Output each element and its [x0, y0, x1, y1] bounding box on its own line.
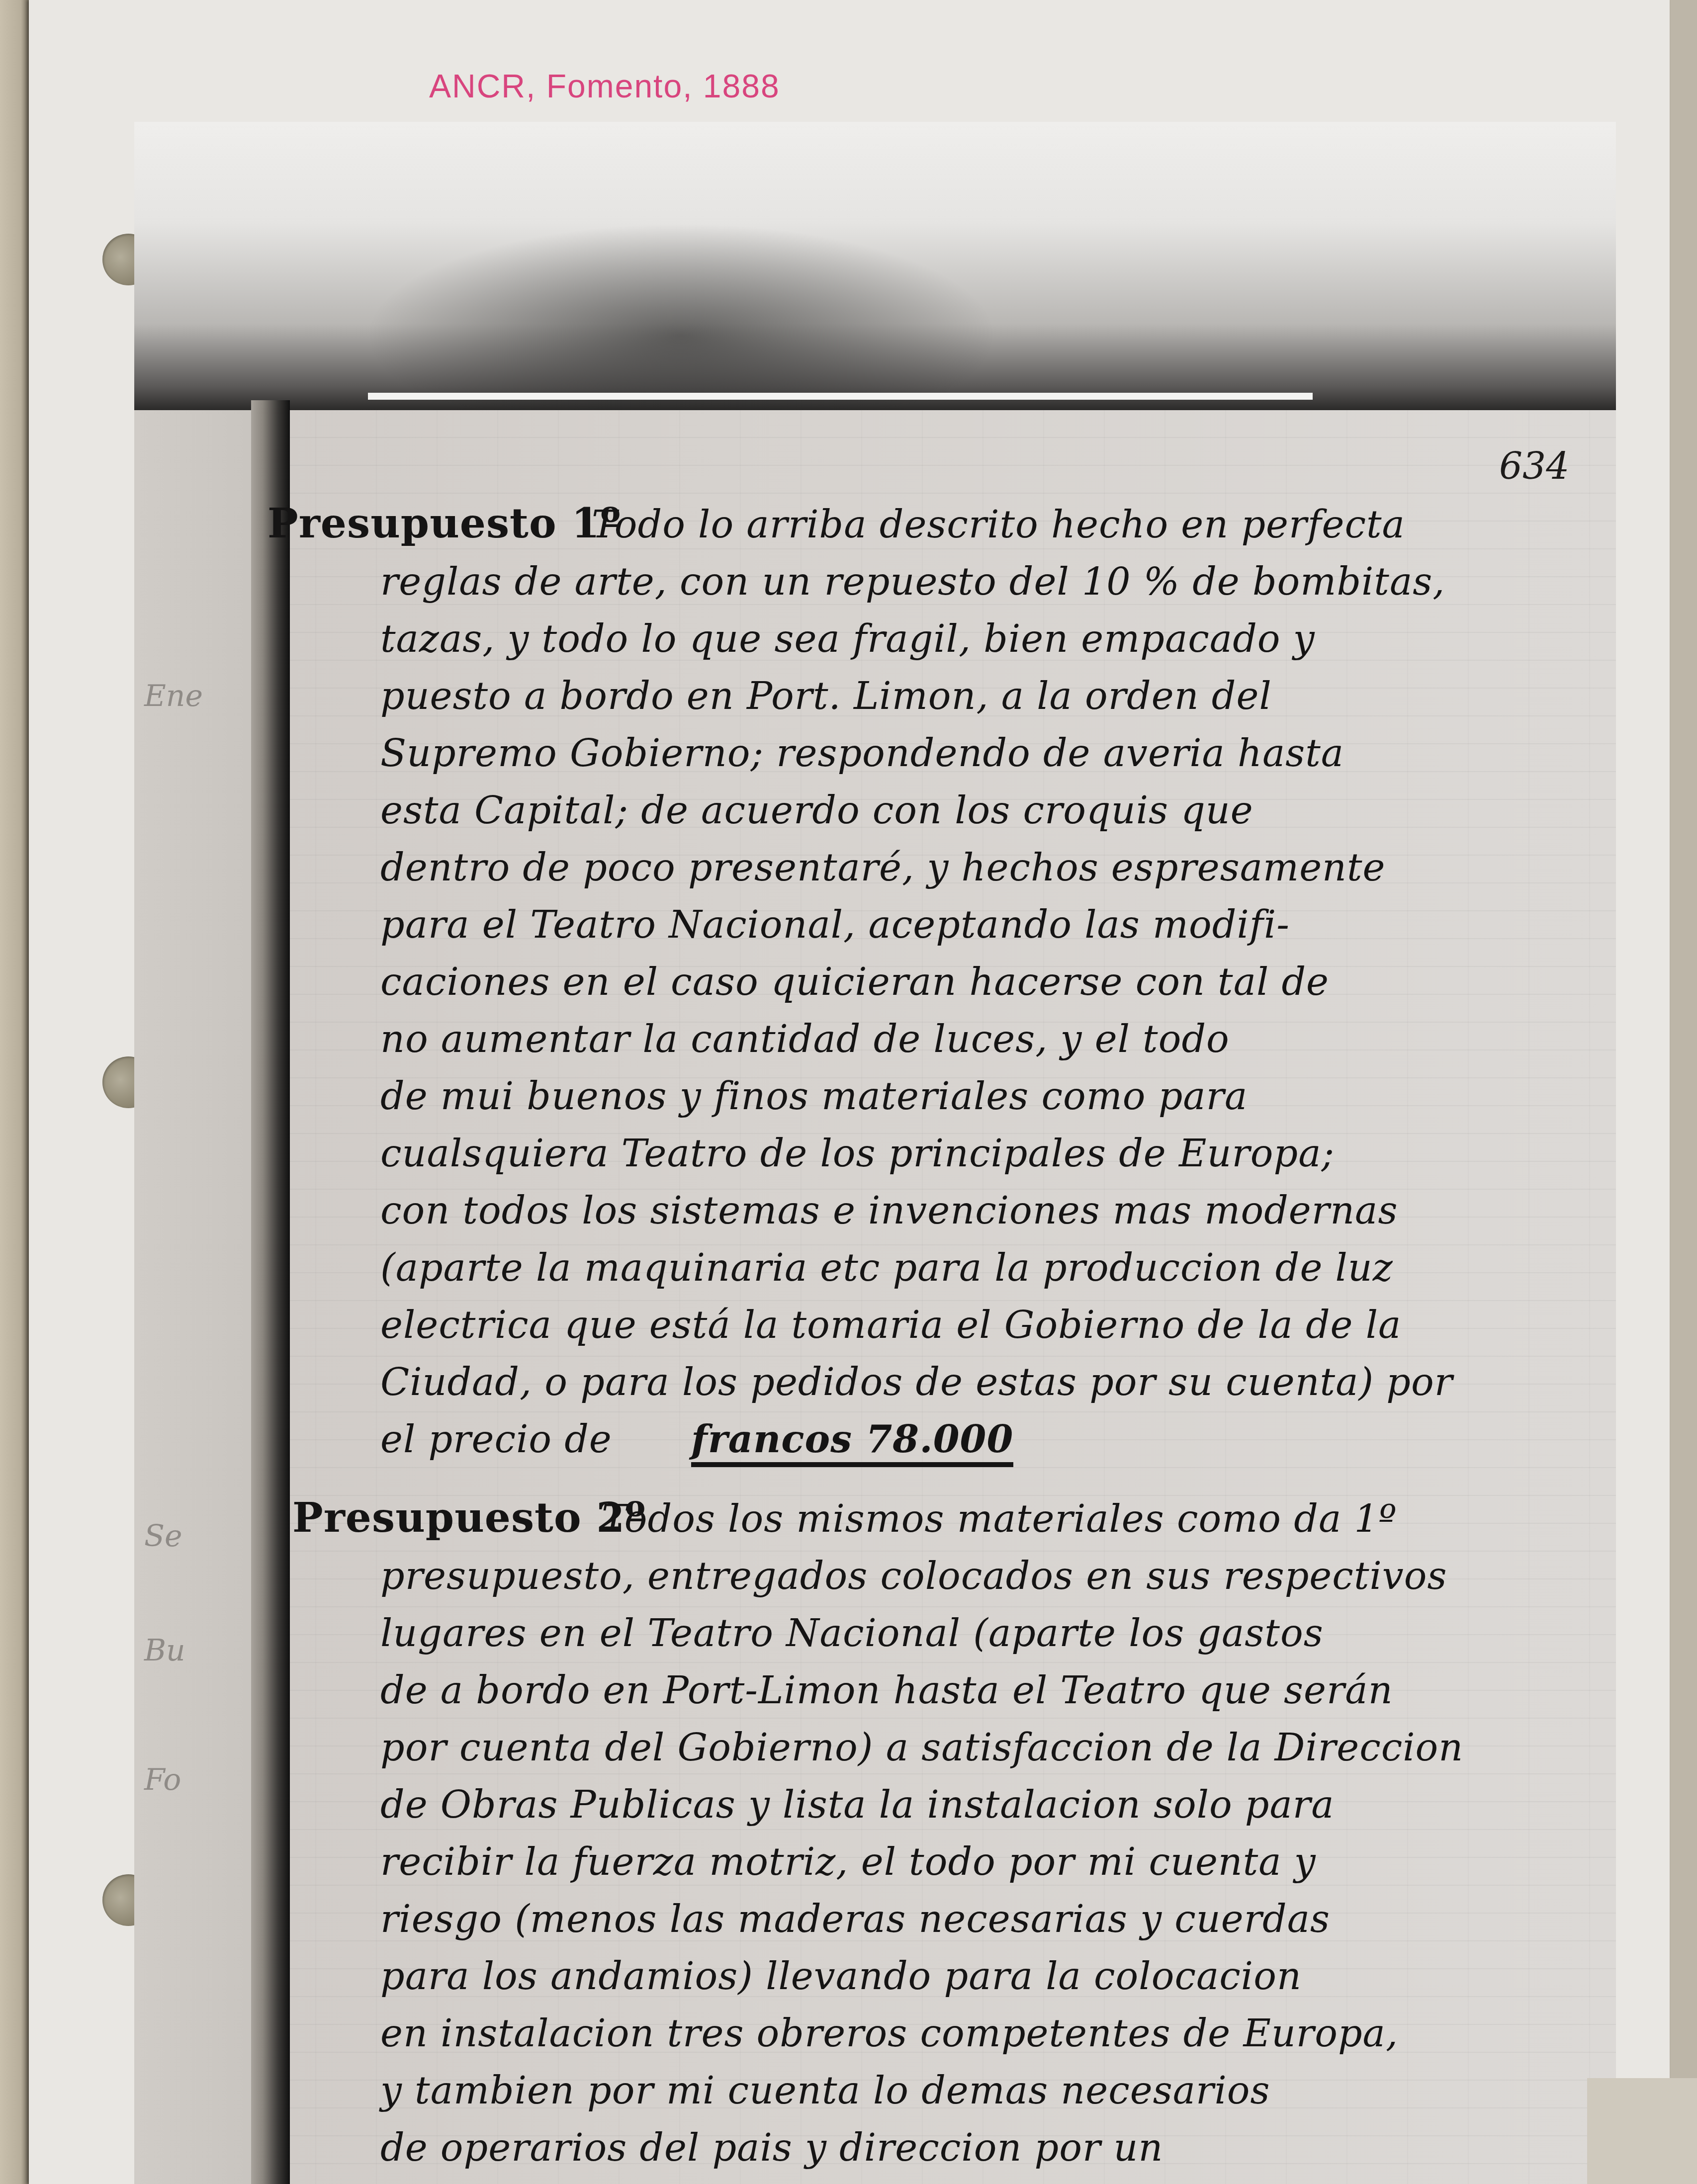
- section-heading: Presupuesto 2º: [292, 1494, 646, 1542]
- manuscript-line: de operarios del pais y direccion por un: [380, 2125, 1163, 2170]
- manuscript-line: por cuenta del Gobierno) a satisfaccion …: [380, 1725, 1463, 1769]
- background-surface-corner: [1587, 2078, 1697, 2184]
- manuscript-line: no aumentar la cantidad de luces, y el t…: [380, 1017, 1230, 1061]
- manuscript-line: tazas, y todo lo que sea fragil, bien em…: [380, 616, 1315, 661]
- manuscript-line: en instalacion tres obreros competentes …: [380, 2011, 1398, 2055]
- manuscript-line: cualsquiera Teatro de los principales de…: [380, 1131, 1335, 1175]
- facing-page-fragment: [134, 410, 264, 2184]
- manuscript-line: (aparte la maquinaria etc para la produc…: [380, 1245, 1393, 1290]
- manuscript-line: electrica que está la tomaria el Gobiern…: [380, 1303, 1401, 1347]
- margin-fragment: Bu: [144, 1633, 185, 1668]
- manuscript-line: para los andamios) llevando para la colo…: [380, 1954, 1302, 1998]
- manuscript-line: de mui buenos y finos materiales como pa…: [380, 1074, 1248, 1118]
- manuscript-line: de Obras Publicas y lista la instalacion…: [380, 1782, 1334, 1827]
- manuscript-photocopy: Ene Se Bu Fo 634 Presupuesto 1º Todo lo …: [134, 122, 1616, 2184]
- manuscript-line: puesto a bordo en Port. Limon, a la orde…: [380, 674, 1272, 718]
- background-surface: [0, 0, 30, 2184]
- manuscript-line: de a bordo en Port-Limon hasta el Teatro…: [380, 1668, 1393, 1712]
- price-amount: francos 78.000: [691, 1417, 1013, 1467]
- manuscript-line: Ciudad, o para los pedidos de estas por …: [380, 1360, 1453, 1404]
- photocopy-sheet: ANCR, Fomento, 1888 Ene Se Bu Fo 634 Pre…: [29, 0, 1670, 2184]
- manuscript-line: y tambien por mi cuenta lo demas necesar…: [380, 2068, 1270, 2112]
- page-edge: [368, 393, 1313, 400]
- manuscript-line: dentro de poco presentaré, y hechos espr…: [380, 845, 1386, 889]
- manuscript-line: Todos los mismos materiales como da 1º: [602, 1496, 1397, 1541]
- folio-number: 634: [1499, 445, 1569, 488]
- manuscript-line: para el Teatro Nacional, aceptando las m…: [380, 902, 1290, 947]
- manuscript-line: riesgo (menos las maderas necesarias y c…: [380, 1897, 1330, 1941]
- manuscript-line: con todos los sistemas e invenciones mas…: [380, 1188, 1398, 1232]
- manuscript-line: Todo lo arriba descrito hecho en perfect…: [592, 502, 1405, 546]
- manuscript-line: el precio de: [380, 1417, 612, 1461]
- manuscript-line: recibir la fuerza motriz, el todo por mi…: [380, 1839, 1316, 1884]
- scan-shadow: [134, 122, 1616, 410]
- section-heading: Presupuesto 1º: [268, 500, 621, 547]
- manuscript-line: caciones en el caso quicieran hacerse co…: [380, 960, 1329, 1004]
- archive-reference-note: ANCR, Fomento, 1888: [429, 67, 780, 105]
- manuscript-line: presupuesto, entregados colocados en sus…: [380, 1554, 1447, 1598]
- manuscript-line: Supremo Gobierno; respondendo de averia …: [380, 731, 1344, 775]
- manuscript-line: lugares en el Teatro Nacional (aparte lo…: [380, 1611, 1324, 1655]
- margin-fragment: Se: [144, 1519, 182, 1554]
- manuscript-line: reglas de arte, con un repuesto del 10 %…: [380, 559, 1445, 604]
- margin-fragment: Ene: [144, 679, 203, 713]
- manuscript-line: esta Capital; de acuerdo con los croquis…: [380, 788, 1253, 832]
- book-binding-gutter: [251, 400, 290, 2184]
- margin-fragment: Fo: [144, 1762, 181, 1797]
